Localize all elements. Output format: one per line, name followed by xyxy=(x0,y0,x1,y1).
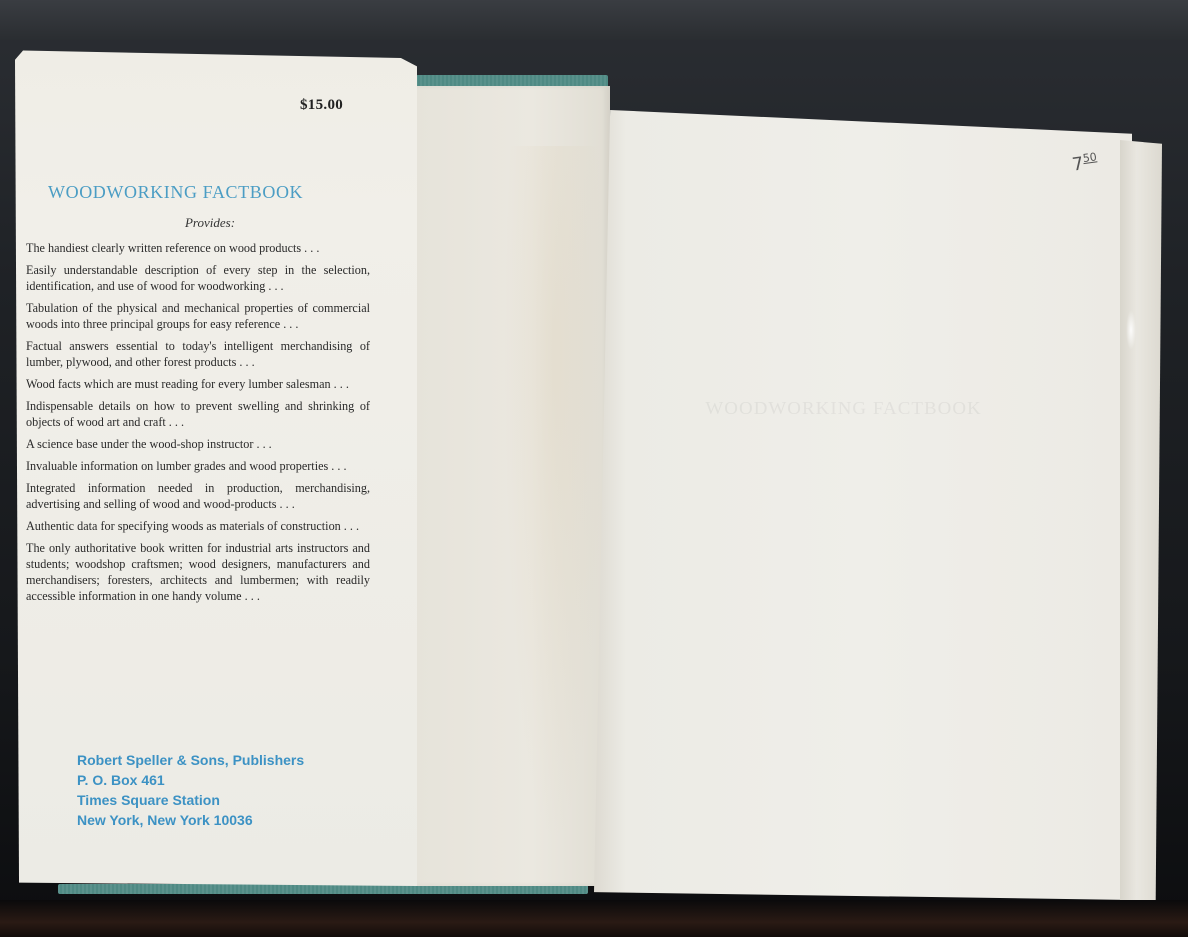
table-surface-top xyxy=(0,0,1188,40)
publisher-address: Robert Speller & Sons, Publishers P. O. … xyxy=(77,750,304,830)
title-leaf-page xyxy=(594,110,1132,900)
blurb-item: Factual answers essential to today's int… xyxy=(26,338,370,370)
jacket-price: $15.00 xyxy=(300,97,343,114)
blurb-item: Easily understandable description of eve… xyxy=(26,262,370,294)
blurb-item: Tabulation of the physical and mechanica… xyxy=(26,300,370,332)
provides-label: Provides: xyxy=(0,215,420,231)
pencil-price-cents: 50 xyxy=(1082,150,1098,165)
publisher-station: Times Square Station xyxy=(77,790,304,810)
pencil-price-mark: 750 xyxy=(1071,150,1099,175)
blurb-item: A science base under the wood-shop instr… xyxy=(26,436,370,452)
show-through-title: WOODWORKING FACTBOOK xyxy=(705,398,981,419)
front-endpaper xyxy=(414,86,610,886)
blurb-item: The only authoritative book written for … xyxy=(26,540,370,604)
blurb-item: Integrated information needed in product… xyxy=(26,480,370,512)
blurb-item: The handiest clearly written reference o… xyxy=(26,240,370,256)
publisher-city: New York, New York 10036 xyxy=(77,810,304,830)
blurb-item: Invaluable information on lumber grades … xyxy=(26,458,370,474)
blurb-item: Authentic data for specifying woods as m… xyxy=(26,518,370,534)
dust-jacket-back-edge xyxy=(1120,140,1162,900)
publisher-po-box: P. O. Box 461 xyxy=(77,770,304,790)
blurb-item: Wood facts which are must reading for ev… xyxy=(26,376,370,392)
jacket-title: WOODWORKING FACTBOOK xyxy=(48,182,303,203)
blurb-list: The handiest clearly written reference o… xyxy=(26,240,370,610)
table-surface-bottom xyxy=(0,900,1188,937)
publisher-name: Robert Speller & Sons, Publishers xyxy=(77,750,304,770)
blurb-item: Indispensable details on how to prevent … xyxy=(26,398,370,430)
